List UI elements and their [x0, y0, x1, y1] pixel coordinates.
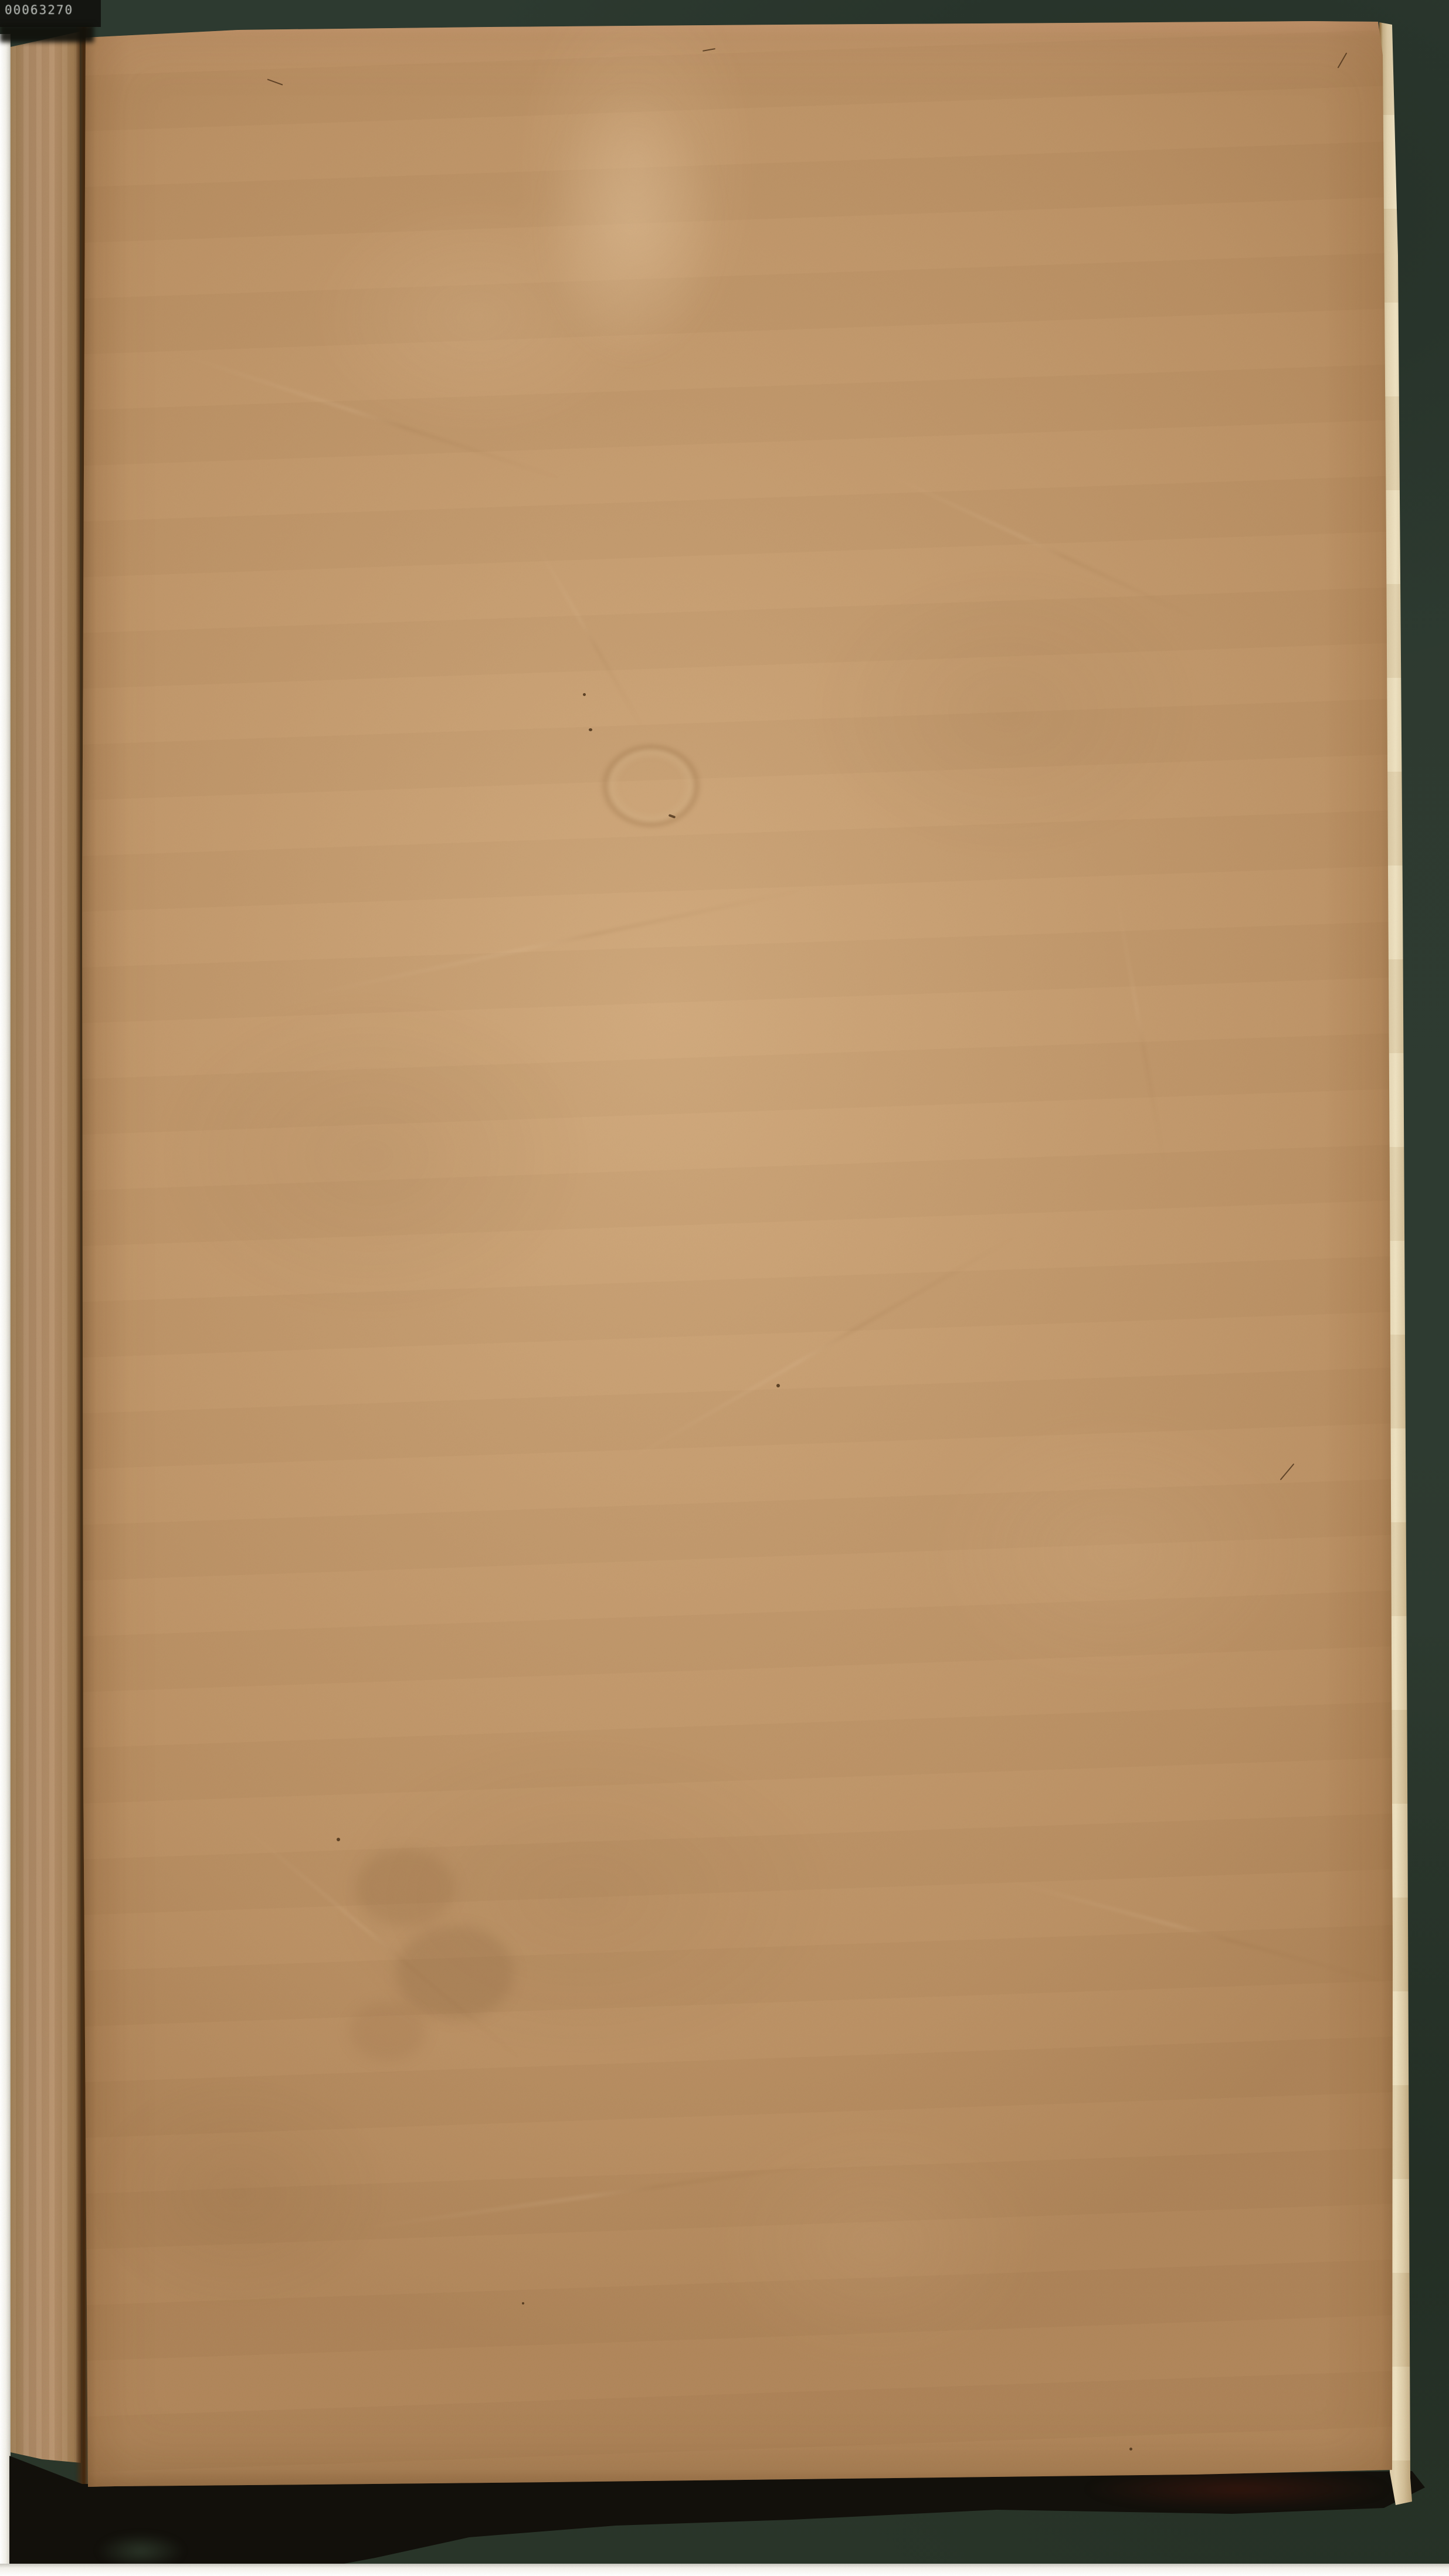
book-page-blank	[80, 20, 1405, 2490]
image-id-label: 00063270	[5, 4, 73, 16]
page-vignette	[80, 20, 1405, 2490]
scanner-edge-bottom	[0, 2564, 1449, 2576]
previous-page-edge	[11, 29, 81, 2463]
book-scan-canvas: 00063270	[0, 0, 1449, 2576]
image-id-plate: 00063270	[0, 0, 101, 27]
scanner-edge-left	[0, 34, 11, 2576]
plate-shadow	[0, 25, 94, 42]
shadow-green-gap	[97, 2533, 185, 2568]
